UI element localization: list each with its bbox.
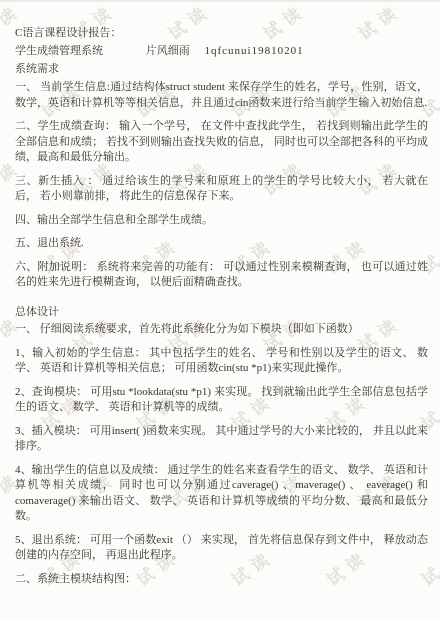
paragraph: 总体设计 (15, 305, 428, 321)
paragraph: 二、系统主模块结构图： (15, 572, 428, 588)
paragraph: 4、输出学生的信息以及成绩： 通过学生的姓名来查看学生的语文、 数学、 英语和计… (15, 463, 428, 525)
paragraph: 3、插入模块： 可用insert( )函数来实现。 其中通过学号的大小来比较的，… (15, 424, 428, 455)
paragraph: 2、查询模块： 可用stu *lookdata(stu *p1) 来实现。 找到… (15, 385, 428, 416)
author-id: 1qfcunui19810201 (205, 45, 304, 57)
report-type-label: C语言课程设计报告： (15, 24, 428, 42)
paragraph-list: 一、 当前学生信息:通过结构体struct student 来保存学生的姓名，学… (15, 80, 428, 587)
document-content: C语言课程设计报告： 学生成绩管理系统 片风细雨 1qfcunui1981020… (0, 2, 440, 587)
document-title: 学生成绩管理系统 (15, 45, 103, 57)
paragraph: 四、输出全部学生信息和全部学生成绩。 (15, 213, 428, 229)
paragraph: 一、 当前学生信息:通过结构体struct student 来保存学生的姓名，学… (15, 80, 428, 111)
paragraph: 一、 仔细阅读系统要求，首先将此系统化分为如下模块（即如下函数） (15, 322, 428, 338)
paragraph: 三、新生插入 ： 通过给该生的学号来和原班上的学生的学号比较大小， 若大就在后，… (15, 174, 428, 205)
paragraph: 五、退出系统. (15, 236, 428, 252)
paragraph: 六、附加说明： 系统将来完善的功能有： 可以通过性别来模糊查询， 也可以通过姓名… (15, 260, 428, 291)
title-row: 学生成绩管理系统 片风细雨 1qfcunui19810201 (15, 42, 428, 60)
document-page: 试读试读试读试读试读试读试读试读试读试读试读试读试读试读试读试读试读试读试读试读… (0, 0, 440, 620)
section-heading-requirements: 系统需求 (15, 60, 428, 78)
paragraph: 5、退出系统： 可用一个函数exit （） 来实现， 首先将信息保存到文件中， … (15, 533, 428, 564)
paragraph: 二、学生成绩查询： 输入一个学号， 在文件中查找此学生， 若找到则输出此学生的全… (15, 119, 428, 166)
author-name: 片风细雨 (146, 45, 190, 57)
paragraph: 1、输入初始的学生信息： 其中包括学生的姓名、 学号和性别以及学生的语文、 数学… (15, 346, 428, 377)
